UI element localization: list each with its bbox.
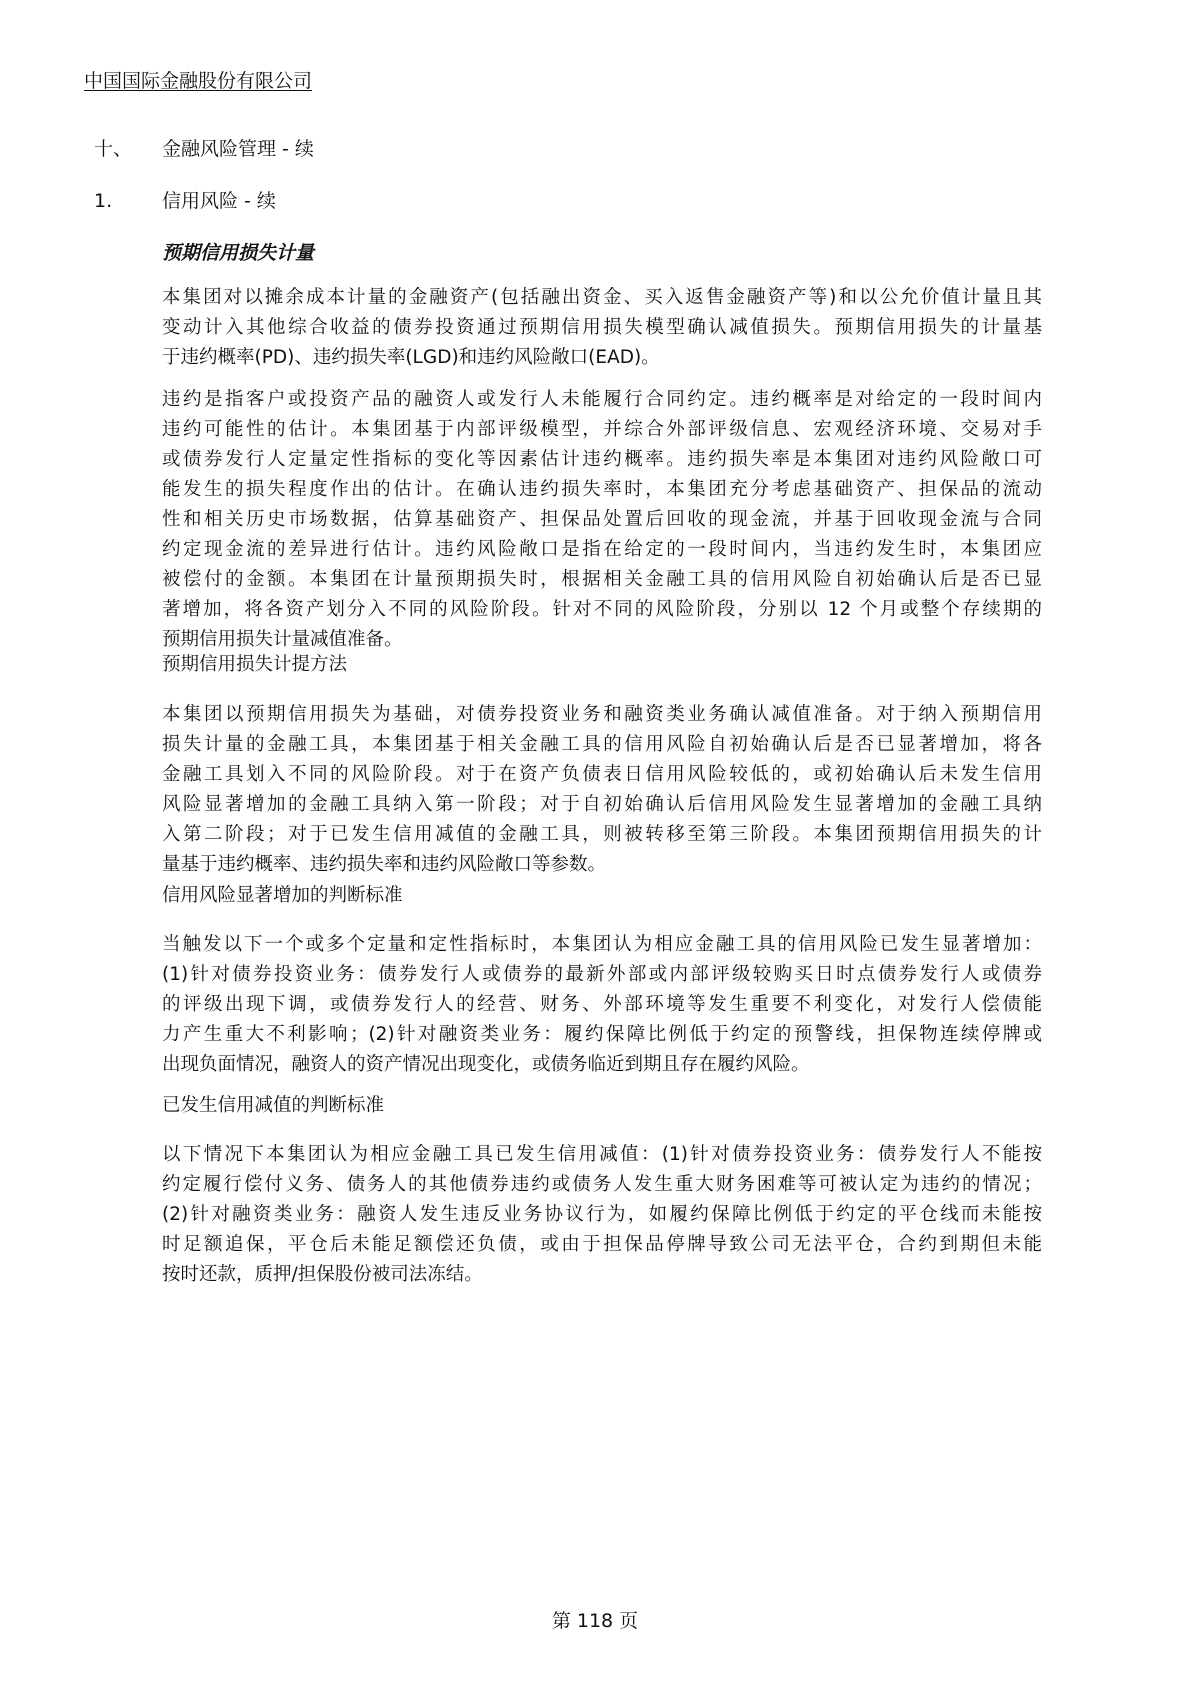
text-line: 量基于违约概率、违约损失率和违约风险敞口等参数。 [162,850,1042,880]
text-line: (2)针对融资类业务：融资人发生违反业务协议行为，如履约保障比例低于约定的平仓线… [162,1200,1042,1230]
text-line: (1)针对债券投资业务：债券发行人或债券的最新外部或内部评级较购买日时点债券发行… [162,960,1042,990]
impaired-label: 已发生信用减值的判断标准 [162,1093,384,1119]
text-line: 性和相关历史市场数据，估算基础资产、担保品处置后回收的现金流，并基于回收现金流与… [162,505,1042,535]
text-line: 当触发以下一个或多个定量和定性指标时，本集团认为相应金融工具的信用风险已发生显著… [162,930,1042,960]
text-line: 违约可能性的估计。本集团基于内部评级模型，并综合外部评级信息、宏观经济环境、交易… [162,415,1042,445]
section-title: 金融风险管理 - 续 [162,138,314,160]
company-name-header: 中国国际金融股份有限公司 [84,68,312,94]
text-line: 被偿付的金额。本集团在计量预期损失时，根据相关金融工具的信用风险自初始确认后是否… [162,565,1042,595]
subsection-heading: 1.信用风险 - 续 [94,188,276,214]
text-line: 出现负面情况，融资人的资产情况出现变化，或债务临近到期且存在履约风险。 [162,1050,1042,1080]
paragraph-method: 本集团以预期信用损失为基础，对债券投资业务和融资类业务确认减值准备。对于纳入预期… [162,700,1042,880]
text-line: 时足额追保，平仓后未能足额偿还负债，或由于担保品停牌导致公司无法平仓，合约到期但… [162,1230,1042,1260]
text-line: 入第二阶段；对于已发生信用减值的金融工具，则被转移至第三阶段。本集团预期信用损失… [162,820,1042,850]
sicr-label: 信用风险显著增加的判断标准 [162,883,403,909]
text-line: 变动计入其他综合收益的债券投资通过预期信用损失模型确认减值损失。预期信用损失的计… [162,313,1042,343]
section-number: 十、 [94,136,162,162]
subsection-number: 1. [94,188,162,214]
text-line: 的评级出现下调，或债券发行人的经营、财务、外部环境等发生重要不利变化，对发行人偿… [162,990,1042,1020]
text-line: 于违约概率(PD)、违约损失率(LGD)和违约风险敞口(EAD)。 [162,343,1042,373]
text-line: 损失计量的金融工具，本集团基于相关金融工具的信用风险自初始确认后是否已显著增加，… [162,730,1042,760]
section-heading: 十、金融风险管理 - 续 [94,136,314,162]
paragraph-intro: 本集团对以摊余成本计量的金融资产(包括融出资金、买入返售金融资产等)和以公允价值… [162,283,1042,373]
paragraph-sicr: 当触发以下一个或多个定量和定性指标时，本集团认为相应金融工具的信用风险已发生显著… [162,930,1042,1080]
text-line: 本集团对以摊余成本计量的金融资产(包括融出资金、买入返售金融资产等)和以公允价值… [162,283,1042,313]
text-line: 预期信用损失计量减值准备。 [162,625,1042,655]
subsection-title: 信用风险 - 续 [162,190,276,212]
text-line: 金融工具划入不同的风险阶段。对于在资产负债表日信用风险较低的，或初始确认后未发生… [162,760,1042,790]
text-line: 力产生重大不利影响；(2)针对融资类业务：履约保障比例低于约定的预警线，担保物连… [162,1020,1042,1050]
text-line: 能发生的损失程度作出的估计。在确认违约损失率时，本集团充分考虑基础资产、担保品的… [162,475,1042,505]
text-line: 以下情况下本集团认为相应金融工具已发生信用减值：(1)针对债券投资业务：债券发行… [162,1140,1042,1170]
paragraph-impaired: 以下情况下本集团认为相应金融工具已发生信用减值：(1)针对债券投资业务：债券发行… [162,1140,1042,1290]
text-line: 按时还款，质押/担保股份被司法冻结。 [162,1260,1042,1290]
text-line: 本集团以预期信用损失为基础，对债券投资业务和融资类业务确认减值准备。对于纳入预期… [162,700,1042,730]
text-line: 或债券发行人定量定性指标的变化等因素估计违约概率。违约损失率是本集团对违约风险敞… [162,445,1042,475]
text-line: 约定履行偿付义务、债务人的其他债券违约或债务人发生重大财务困难等可被认定为违约的… [162,1170,1042,1200]
text-line: 约定现金流的差异进行估计。违约风险敞口是指在给定的一段时间内，当违约发生时，本集… [162,535,1042,565]
topic-title: 预期信用损失计量 [162,240,314,266]
text-line: 著增加，将各资产划分入不同的风险阶段。针对不同的风险阶段，分别以 12 个月或整… [162,595,1042,625]
page-number: 第 118 页 [0,1608,1190,1634]
text-line: 风险显著增加的金融工具纳入第一阶段；对于自初始确认后信用风险发生显著增加的金融工… [162,790,1042,820]
method-label: 预期信用损失计提方法 [162,652,347,678]
text-line: 违约是指客户或投资产品的融资人或发行人未能履行合同约定。违约概率是对给定的一段时… [162,385,1042,415]
paragraph-definitions: 违约是指客户或投资产品的融资人或发行人未能履行合同约定。违约概率是对给定的一段时… [162,385,1042,655]
